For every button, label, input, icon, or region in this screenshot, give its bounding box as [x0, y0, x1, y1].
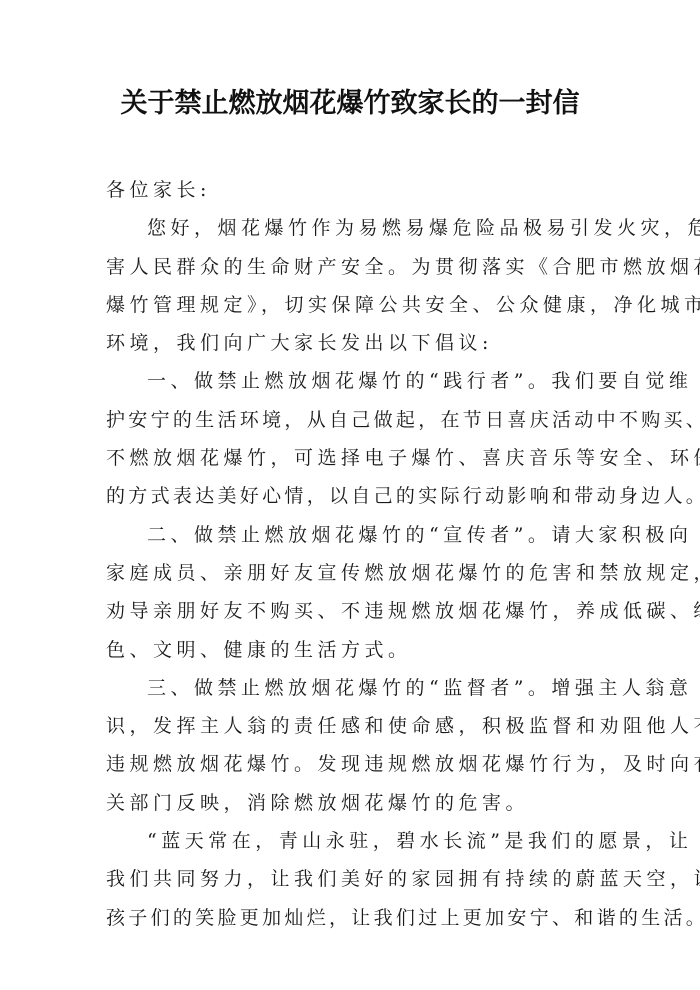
text-line: 违规燃放烟花爆竹。发现违规燃放烟花爆竹行为，及时向有 [106, 745, 606, 783]
text-line: 爆竹管理规定》，切实保障公共安全、公众健康，净化城市 [106, 286, 606, 324]
paragraph-point-3: 三、做禁止燃放烟花爆竹的“监督者”。增强主人翁意 识，发挥主人翁的责任感和使命感… [106, 669, 606, 822]
text-line: 关部门反映，消除燃放烟花爆竹的危害。 [106, 784, 606, 822]
paragraph-closing: “蓝天常在，青山永驻，碧水长流”是我们的愿景，让 我们共同努力，让我们美好的家园… [106, 822, 606, 937]
paragraph-point-1: 一、做禁止燃放烟花爆竹的“践行者”。我们要自觉维 护安宁的生活环境，从自己做起，… [106, 362, 606, 515]
text-line: 家庭成员、亲朋好友宣传燃放烟花爆竹的危害和禁放规定， [106, 554, 606, 592]
text-line: 三、做禁止燃放烟花爆竹的“监督者”。增强主人翁意 [106, 669, 606, 707]
text-line: 我们共同努力，让我们美好的家园拥有持续的蔚蓝天空，让 [106, 860, 606, 898]
text-line: 不燃放烟花爆竹，可选择电子爆竹、喜庆音乐等安全、环保 [106, 439, 606, 477]
text-line: 环境，我们向广大家长发出以下倡议: [106, 324, 606, 362]
text-line: 孩子们的笑脸更加灿烂，让我们过上更加安宁、和谐的生活。 [106, 899, 606, 937]
text-line: 的方式表达美好心情，以自己的实际行动影响和带动身边人。 [106, 477, 606, 515]
document-page: 关于禁止燃放烟花爆竹致家长的一封信 各位家长: 您好，烟花爆竹作为易燃易爆危险品… [0, 0, 700, 990]
paragraph-intro: 您好，烟花爆竹作为易燃易爆危险品极易引发火灾，危 害人民群众的生命财产安全。为贯… [106, 209, 606, 362]
text-line: 害人民群众的生命财产安全。为贯彻落实《合肥市燃放烟花 [106, 248, 606, 286]
document-title: 关于禁止燃放烟花爆竹致家长的一封信 [0, 84, 700, 124]
paragraph-point-2: 二、做禁止燃放烟花爆竹的“宣传者”。请大家积极向 家庭成员、亲朋好友宣传燃放烟花… [106, 516, 606, 669]
text-line: 二、做禁止燃放烟花爆竹的“宣传者”。请大家积极向 [106, 516, 606, 554]
text-line: 色、文明、健康的生活方式。 [106, 631, 606, 669]
text-line: 您好，烟花爆竹作为易燃易爆危险品极易引发火灾，危 [106, 209, 606, 247]
salutation: 各位家长: [106, 171, 606, 209]
text-line: 护安宁的生活环境，从自己做起，在节日喜庆活动中不购买、 [106, 401, 606, 439]
text-line: 识，发挥主人翁的责任感和使命感，积极监督和劝阻他人不 [106, 707, 606, 745]
document-body: 各位家长: 您好，烟花爆竹作为易燃易爆危险品极易引发火灾，危 害人民群众的生命财… [106, 171, 606, 937]
text-line: “蓝天常在，青山永驻，碧水长流”是我们的愿景，让 [106, 822, 606, 860]
text-line: 一、做禁止燃放烟花爆竹的“践行者”。我们要自觉维 [106, 362, 606, 400]
text-line: 劝导亲朋好友不购买、不违规燃放烟花爆竹，养成低碳、绿 [106, 592, 606, 630]
